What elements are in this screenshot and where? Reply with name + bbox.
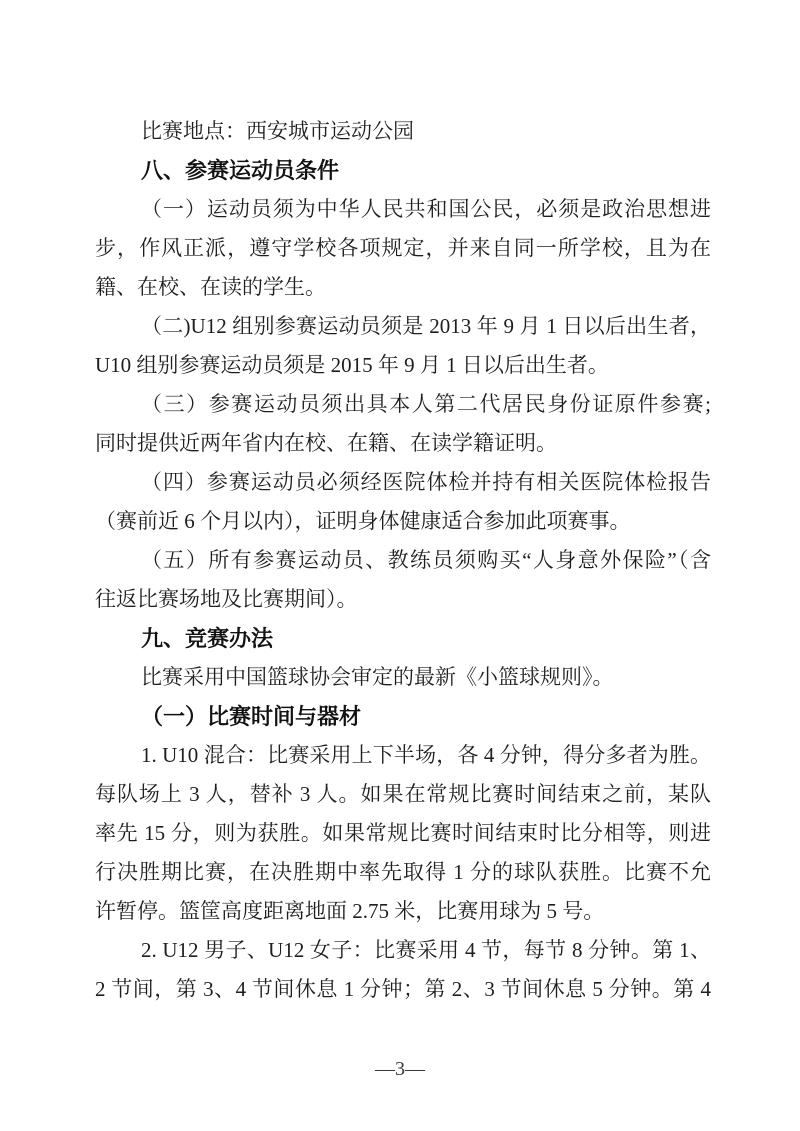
section-heading: （一）比赛时间与器材 bbox=[95, 697, 711, 736]
text-line: 许暂停。篮筐高度距离地面 2.75 米，比赛用球为 5 号。 bbox=[95, 892, 711, 931]
text-line: 步，作风正派，遵守学校各项规定，并来自同一所学校，且为在 bbox=[95, 229, 711, 268]
text-line: U10 组别参赛运动员须是 2015 年 9 月 1 日以后出生者。 bbox=[95, 346, 711, 385]
text-line: （四）参赛运动员必须经医院体检并持有相关医院体检报告 bbox=[95, 463, 711, 502]
text-line: （赛前近 6 个月以内），证明身体健康适合参加此项赛事。 bbox=[95, 502, 711, 541]
text-line: 2 节间，第 3、4 节间休息 1 分钟；第 2、3 节间休息 5 分钟。第 4 bbox=[95, 970, 711, 1009]
text-line: （三）参赛运动员须出具本人第二代居民身份证原件参赛; bbox=[95, 385, 711, 424]
section-heading: 八、参赛运动员条件 bbox=[95, 151, 711, 190]
text-line: 1. U10 混合：比赛采用上下半场，各 4 分钟，得分多者为胜。 bbox=[95, 736, 711, 775]
text-line: （五）所有参赛运动员、教练员须购买“人身意外保险”（含 bbox=[95, 541, 711, 580]
text-line: （一）运动员须为中华人民共和国公民，必须是政治思想进 bbox=[95, 190, 711, 229]
document-page: 比赛地点：西安城市运动公园八、参赛运动员条件（一）运动员须为中华人民共和国公民，… bbox=[0, 0, 800, 1131]
document-body: 比赛地点：西安城市运动公园八、参赛运动员条件（一）运动员须为中华人民共和国公民，… bbox=[95, 112, 711, 1009]
text-line: 2. U12 男子、U12 女子：比赛采用 4 节，每节 8 分钟。第 1、 bbox=[95, 931, 711, 970]
text-line: 行决胜期比赛，在决胜期中率先取得 1 分的球队获胜。比赛不允 bbox=[95, 853, 711, 892]
page-number: —3— bbox=[0, 1056, 800, 1082]
text-line: 同时提供近两年省内在校、在籍、在读学籍证明。 bbox=[95, 424, 711, 463]
text-line: 比赛采用中国篮球协会审定的最新《小篮球规则》。 bbox=[95, 658, 711, 697]
text-line: （二)U12 组别参赛运动员须是 2013 年 9 月 1 日以后出生者， bbox=[95, 307, 711, 346]
text-line: 率先 15 分，则为获胜。如果常规比赛时间结束时比分相等，则进 bbox=[95, 814, 711, 853]
section-heading: 九、竞赛办法 bbox=[95, 619, 711, 658]
text-line: 籍、在校、在读的学生。 bbox=[95, 268, 711, 307]
text-line: 比赛地点：西安城市运动公园 bbox=[95, 112, 711, 151]
text-line: 往返比赛场地及比赛期间）。 bbox=[95, 580, 711, 619]
text-line: 每队场上 3 人，替补 3 人。如果在常规比赛时间结束之前，某队 bbox=[95, 775, 711, 814]
